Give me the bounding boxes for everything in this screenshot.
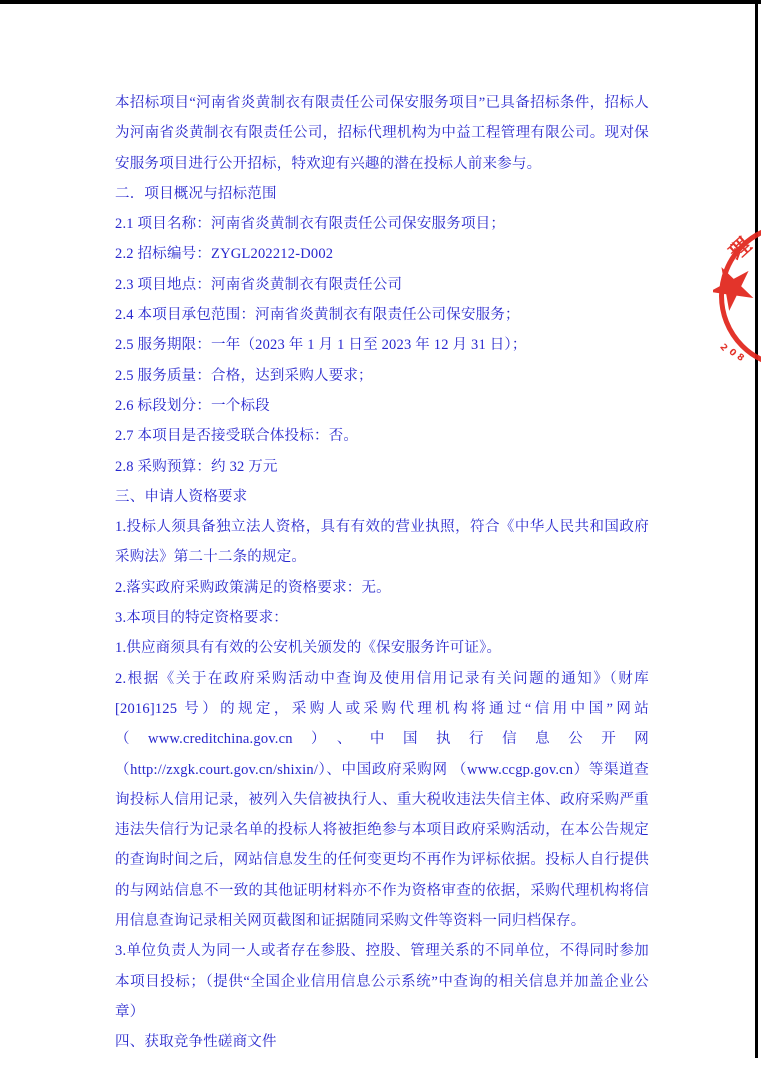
- paragraph: 2.3 项目地点：河南省炎黄制衣有限责任公司: [115, 270, 649, 300]
- paragraph: 3.单位负责人为同一人或者存在参股、控股、管理关系的不同单位，不得同时参加本项目…: [115, 936, 649, 1027]
- page-right-border: [755, 0, 758, 1058]
- paragraph: 2.5 服务期限：一年（2023 年 1 月 1 日至 2023 年 12 月 …: [115, 330, 649, 360]
- paragraph: 本招标项目“河南省炎黄制衣有限责任公司保安服务项目”已具备招标条件，招标人为河南…: [115, 88, 649, 179]
- section-heading: 二．项目概况与招标范围: [115, 179, 649, 209]
- paragraph: 1.投标人须具备独立法人资格，具有有效的营业执照，符合《中华人民共和国政府采购法…: [115, 512, 649, 573]
- seal-serial-digit: 8: [735, 352, 746, 364]
- paragraph: 2.4 本项目承包范围：河南省炎黄制衣有限责任公司保安服务；: [115, 300, 649, 330]
- paragraph: 2.7 本项目是否接受联合体投标：否。: [115, 421, 649, 451]
- paragraph: 2.6 标段划分：一个标段: [115, 391, 649, 421]
- paragraph: 2.落实政府采购政策满足的资格要求：无。: [115, 573, 649, 603]
- star-icon: ★: [713, 257, 761, 318]
- paragraph: 2.1 项目名称：河南省炎黄制衣有限责任公司保安服务项目；: [115, 209, 649, 239]
- red-seal-stamp: ★ 理 2 0 8: [713, 215, 761, 377]
- section-heading: 四、获取竞争性磋商文件: [115, 1027, 649, 1057]
- paragraph: 2.2 招标编号：ZYGL202212-D002: [115, 239, 649, 269]
- paragraph: 2.8 采购预算：约 32 万元: [115, 452, 649, 482]
- paragraph: 2.5 服务质量：合格，达到采购人要求；: [115, 361, 649, 391]
- page-top-border: [0, 0, 761, 4]
- document-body: 本招标项目“河南省炎黄制衣有限责任公司保安服务项目”已具备招标条件，招标人为河南…: [115, 88, 649, 1058]
- section-heading: 三、申请人资格要求: [115, 482, 649, 512]
- paragraph: 2.根据《关于在政府采购活动中查询及使用信用记录有关问题的通知》（财库[2016…: [115, 664, 649, 937]
- paragraph: 3.本项目的特定资格要求：: [115, 603, 649, 633]
- paragraph: 1.供应商须具有有效的公安机关颁发的《保安服务许可证》。: [115, 633, 649, 663]
